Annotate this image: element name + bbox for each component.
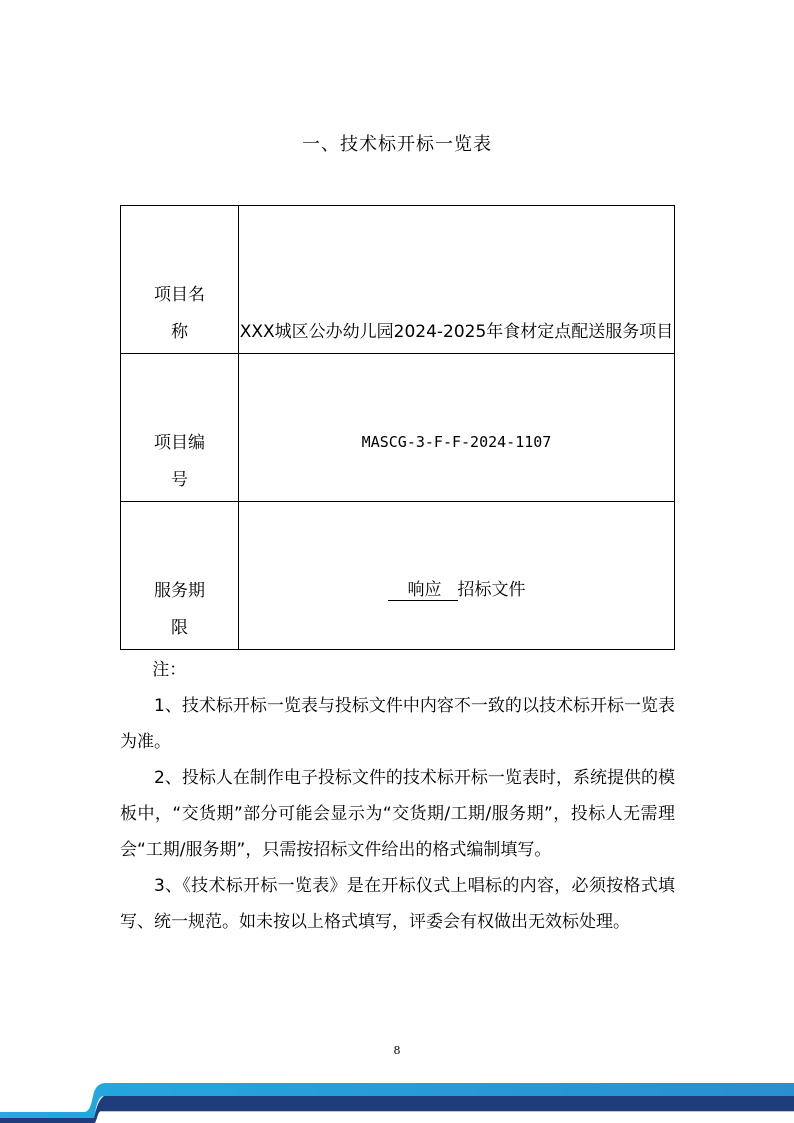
label-line: 项目名 [145, 277, 215, 314]
label-line: 限 [145, 610, 215, 647]
table-row-project-name: 项目名 称 XXX城区公办幼儿园2024-2025年食材定点配送服务项目 [121, 206, 675, 354]
bid-summary-table: 项目名 称 XXX城区公办幼儿园2024-2025年食材定点配送服务项目 项目编… [120, 205, 675, 650]
label-project-code: 项目编 号 [121, 354, 239, 502]
note-item: 2、投标人在制作电子投标文件的技术标开标一览表时，系统提供的模板中，“交货期”部… [120, 760, 675, 868]
label-line: 服务期 [145, 573, 215, 610]
project-code-text: MASCG-3-F-F-2024-1107 [239, 424, 674, 461]
underlined-response: 响应 [388, 580, 458, 601]
notes-section: 注： 1、技术标开标一览表与投标文件中内容不一致的以技术标开标一览表为准。 2、… [120, 652, 675, 940]
label-line: 号 [145, 462, 215, 499]
value-project-name: XXX城区公办幼儿园2024-2025年食材定点配送服务项目 [239, 206, 675, 354]
label-line: 称 [145, 314, 215, 351]
label-project-name: 项目名 称 [121, 206, 239, 354]
label-line: 项目编 [145, 425, 215, 462]
page-number: 8 [0, 1044, 794, 1057]
note-item: 3、《技术标开标一览表》是在开标仪式上唱标的内容，必须按格式填写、统一规范。如未… [120, 868, 675, 940]
table-row-project-code: 项目编 号 MASCG-3-F-F-2024-1107 [121, 354, 675, 502]
value-service-period: 响应招标文件 [239, 502, 675, 650]
label-service-period: 服务期 限 [121, 502, 239, 650]
table-row-service-period: 服务期 限 响应招标文件 [121, 502, 675, 650]
service-period-suffix: 招标文件 [458, 580, 526, 600]
service-period-text: 响应招标文件 [239, 572, 674, 609]
page-title: 一、技术标开标一览表 [0, 130, 794, 156]
notes-heading: 注： [120, 652, 675, 688]
project-name-text: XXX城区公办幼儿园2024-2025年食材定点配送服务项目 [239, 314, 674, 351]
value-project-code: MASCG-3-F-F-2024-1107 [239, 354, 675, 502]
footer-decorative-band [0, 1080, 794, 1123]
note-item: 1、技术标开标一览表与投标文件中内容不一致的以技术标开标一览表为准。 [120, 688, 675, 760]
